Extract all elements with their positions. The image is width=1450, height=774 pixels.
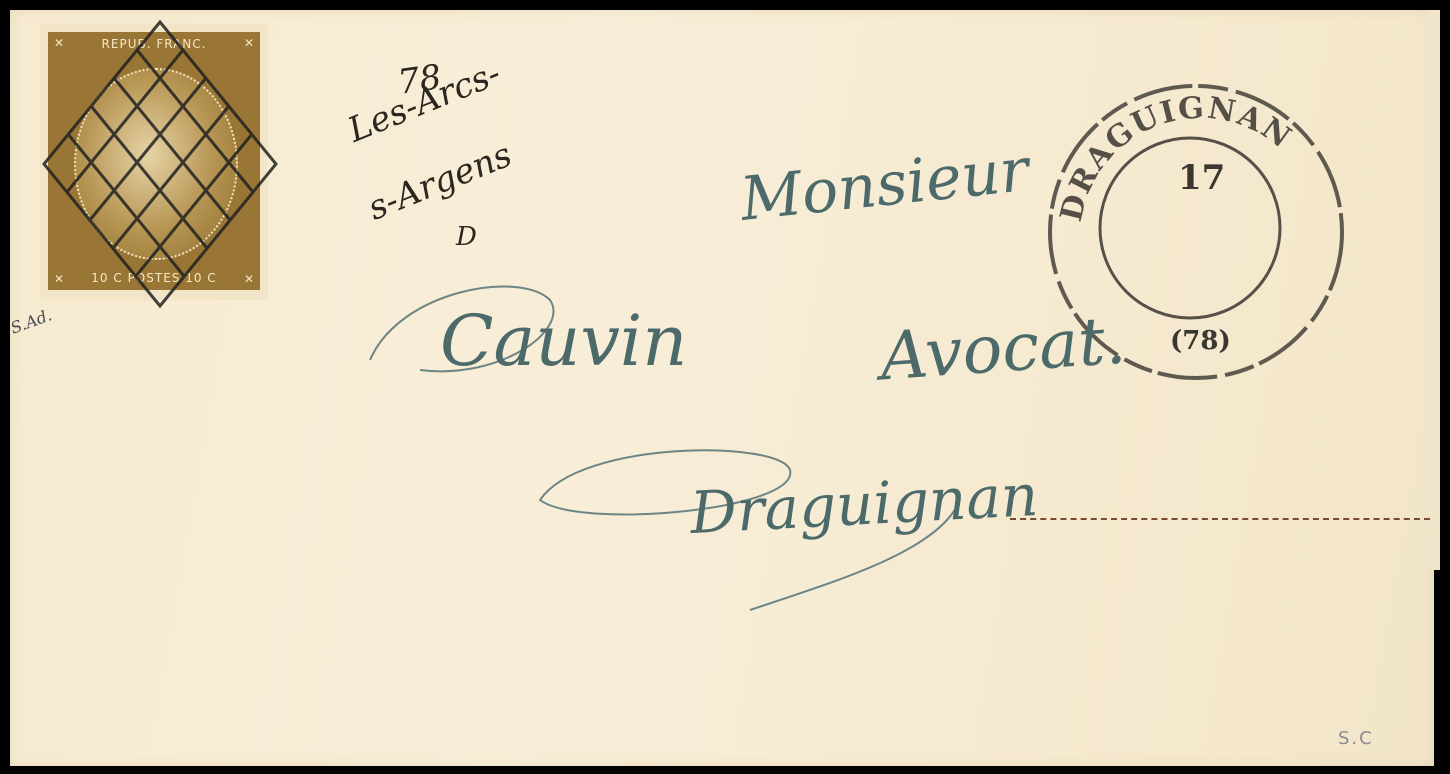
corner-notation: S.C — [1338, 728, 1374, 749]
town-marking: 78 Les-Arcs- s-Argens D — [340, 60, 600, 290]
town-line-2: s-Argens — [363, 135, 518, 229]
svg-text:DRAGUIGNAN: DRAGUIGNAN — [1054, 90, 1299, 224]
grille-cancel-icon — [40, 18, 280, 310]
postmark-day: 17 — [1178, 158, 1225, 198]
town-extra: D — [456, 222, 477, 252]
postmark-department: (78) — [1170, 326, 1231, 356]
letter-flap — [1428, 10, 1440, 570]
fold-line — [1010, 518, 1430, 520]
address-name: Cauvin — [440, 300, 687, 382]
